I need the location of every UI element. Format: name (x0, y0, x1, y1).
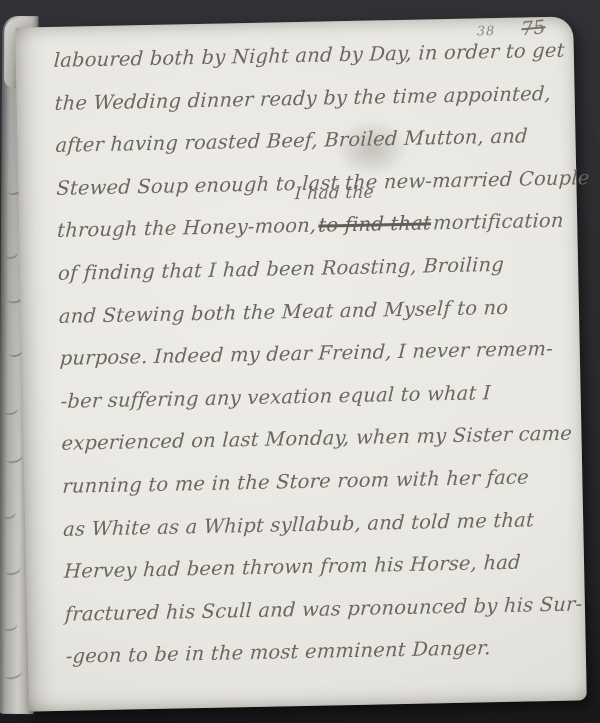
manuscript-text: laboured both by Night and by Day, in or… (53, 29, 564, 678)
line-text: as White as a Whipt syllabub, and told m… (63, 508, 535, 540)
line-text: and Stewing both the Meat and Myself to … (58, 295, 508, 327)
line-text: purpose. Indeed my dear Freind, I never … (59, 337, 553, 370)
line-text: the Wedding dinner ready by the time app… (54, 81, 551, 114)
margin-ink-fragment (4, 562, 22, 576)
line-text: Hervey had been thrown from his Horse, h… (64, 551, 522, 583)
manuscript-line: -geon to be in the most emminent Danger. (65, 625, 565, 678)
line-text: after having roasted Beef, Broiled Mutto… (55, 124, 528, 157)
line-text: fractured his Scull and was pronounced b… (64, 592, 583, 625)
margin-ink-fragment (3, 402, 19, 416)
line-text: mortification (433, 209, 565, 235)
struck-text: to find that (318, 212, 432, 237)
manuscript-page: 38 75 laboured both by Night and by Day,… (15, 16, 587, 711)
margin-ink-fragment (3, 246, 19, 260)
margin-ink-fragment (4, 450, 23, 465)
line-text: through the Honey-moon, (57, 214, 317, 242)
photo-background: 38 75 laboured both by Night and by Day,… (0, 0, 600, 723)
line-text: running to me in the Store room with her… (62, 465, 530, 497)
line-text: -geon to be in the most emminent Danger. (65, 636, 491, 668)
interlinear-insertion: I had the (294, 183, 374, 205)
line-text: laboured both by Night and by Day, in or… (53, 38, 565, 71)
line-text: of finding that I had been Roasting, Bro… (58, 253, 505, 285)
line-text: -ber suffering any vexation equal to wha… (60, 381, 491, 413)
margin-ink-fragment (3, 666, 23, 681)
line-text: experienced on last Monday, when my Sist… (61, 422, 573, 455)
margin-ink-fragment (2, 618, 18, 632)
margin-ink-fragment (1, 506, 17, 520)
